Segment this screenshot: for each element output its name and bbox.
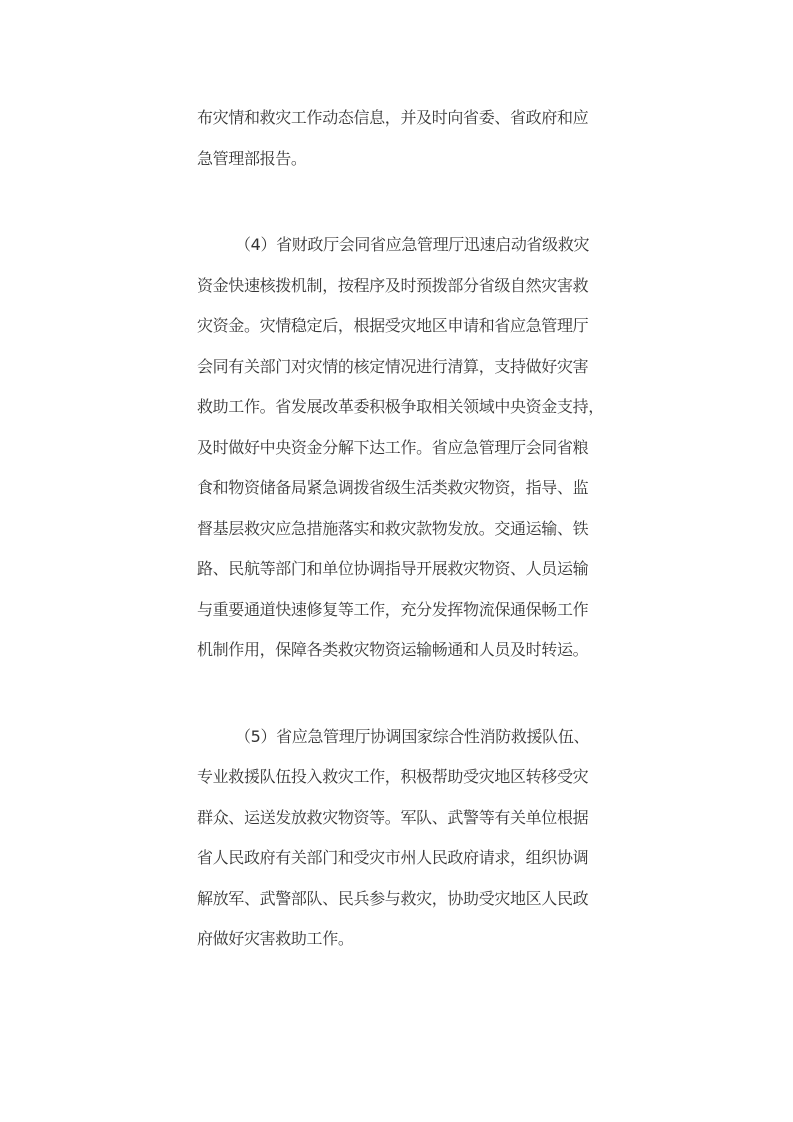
text-line: 急管理部报告。	[197, 147, 607, 188]
text-line: （5）省应急管理厅协调国家综合性消防救援队伍、	[197, 725, 607, 766]
text-line: 及时做好中央资金分解下达工作。省应急管理厅会同省粮	[197, 436, 607, 477]
text-line: 与重要通道快速修复等工作，充分发挥物流保通保畅工作	[197, 598, 607, 639]
text-line: 救助工作。省发展改革委积极争取相关领域中央资金支持，	[197, 395, 607, 436]
text-line: 布灾情和救灾工作动态信息，并及时向省委、省政府和应	[197, 106, 607, 147]
text-line: 灾资金。灾情稳定后，根据受灾地区申请和省应急管理厅	[197, 314, 607, 355]
text-line: 专业救援队伍投入救灾工作，积极帮助受灾地区转移受灾	[197, 765, 607, 806]
text-line: 解放军、武警部队、民兵参与救灾，协助受灾地区人民政	[197, 887, 607, 928]
text-line: 督基层救灾应急措施落实和救灾款物发放。交通运输、铁	[197, 517, 607, 558]
paragraph-continuation: 布灾情和救灾工作动态信息，并及时向省委、省政府和应 急管理部报告。	[197, 106, 607, 187]
document-body: 布灾情和救灾工作动态信息，并及时向省委、省政府和应 急管理部报告。 （4）省财政…	[197, 106, 607, 968]
text-line: 府做好灾害救助工作。	[197, 927, 607, 968]
text-line: 会同有关部门对灾情的核定情况进行清算，支持做好灾害	[197, 355, 607, 396]
text-line: （4）省财政厅会同省应急管理厅迅速启动省级救灾	[197, 233, 607, 274]
text-line: 路、民航等部门和单位协调指导开展救灾物资、人员运输	[197, 557, 607, 598]
text-line: 资金快速核拨机制，按程序及时预拨部分省级自然灾害救	[197, 274, 607, 315]
paragraph-item-4: （4）省财政厅会同省应急管理厅迅速启动省级救灾 资金快速核拨机制，按程序及时预拨…	[197, 233, 607, 679]
paragraph-item-5: （5）省应急管理厅协调国家综合性消防救援队伍、 专业救援队伍投入救灾工作，积极帮…	[197, 725, 607, 968]
text-line: 机制作用，保障各类救灾物资运输畅通和人员及时转运。	[197, 638, 607, 679]
document-page: 布灾情和救灾工作动态信息，并及时向省委、省政府和应 急管理部报告。 （4）省财政…	[0, 0, 793, 1122]
text-line: 省人民政府有关部门和受灾市州人民政府请求，组织协调	[197, 846, 607, 887]
text-line: 群众、运送发放救灾物资等。军队、武警等有关单位根据	[197, 806, 607, 847]
text-line: 食和物资储备局紧急调拨省级生活类救灾物资，指导、监	[197, 476, 607, 517]
